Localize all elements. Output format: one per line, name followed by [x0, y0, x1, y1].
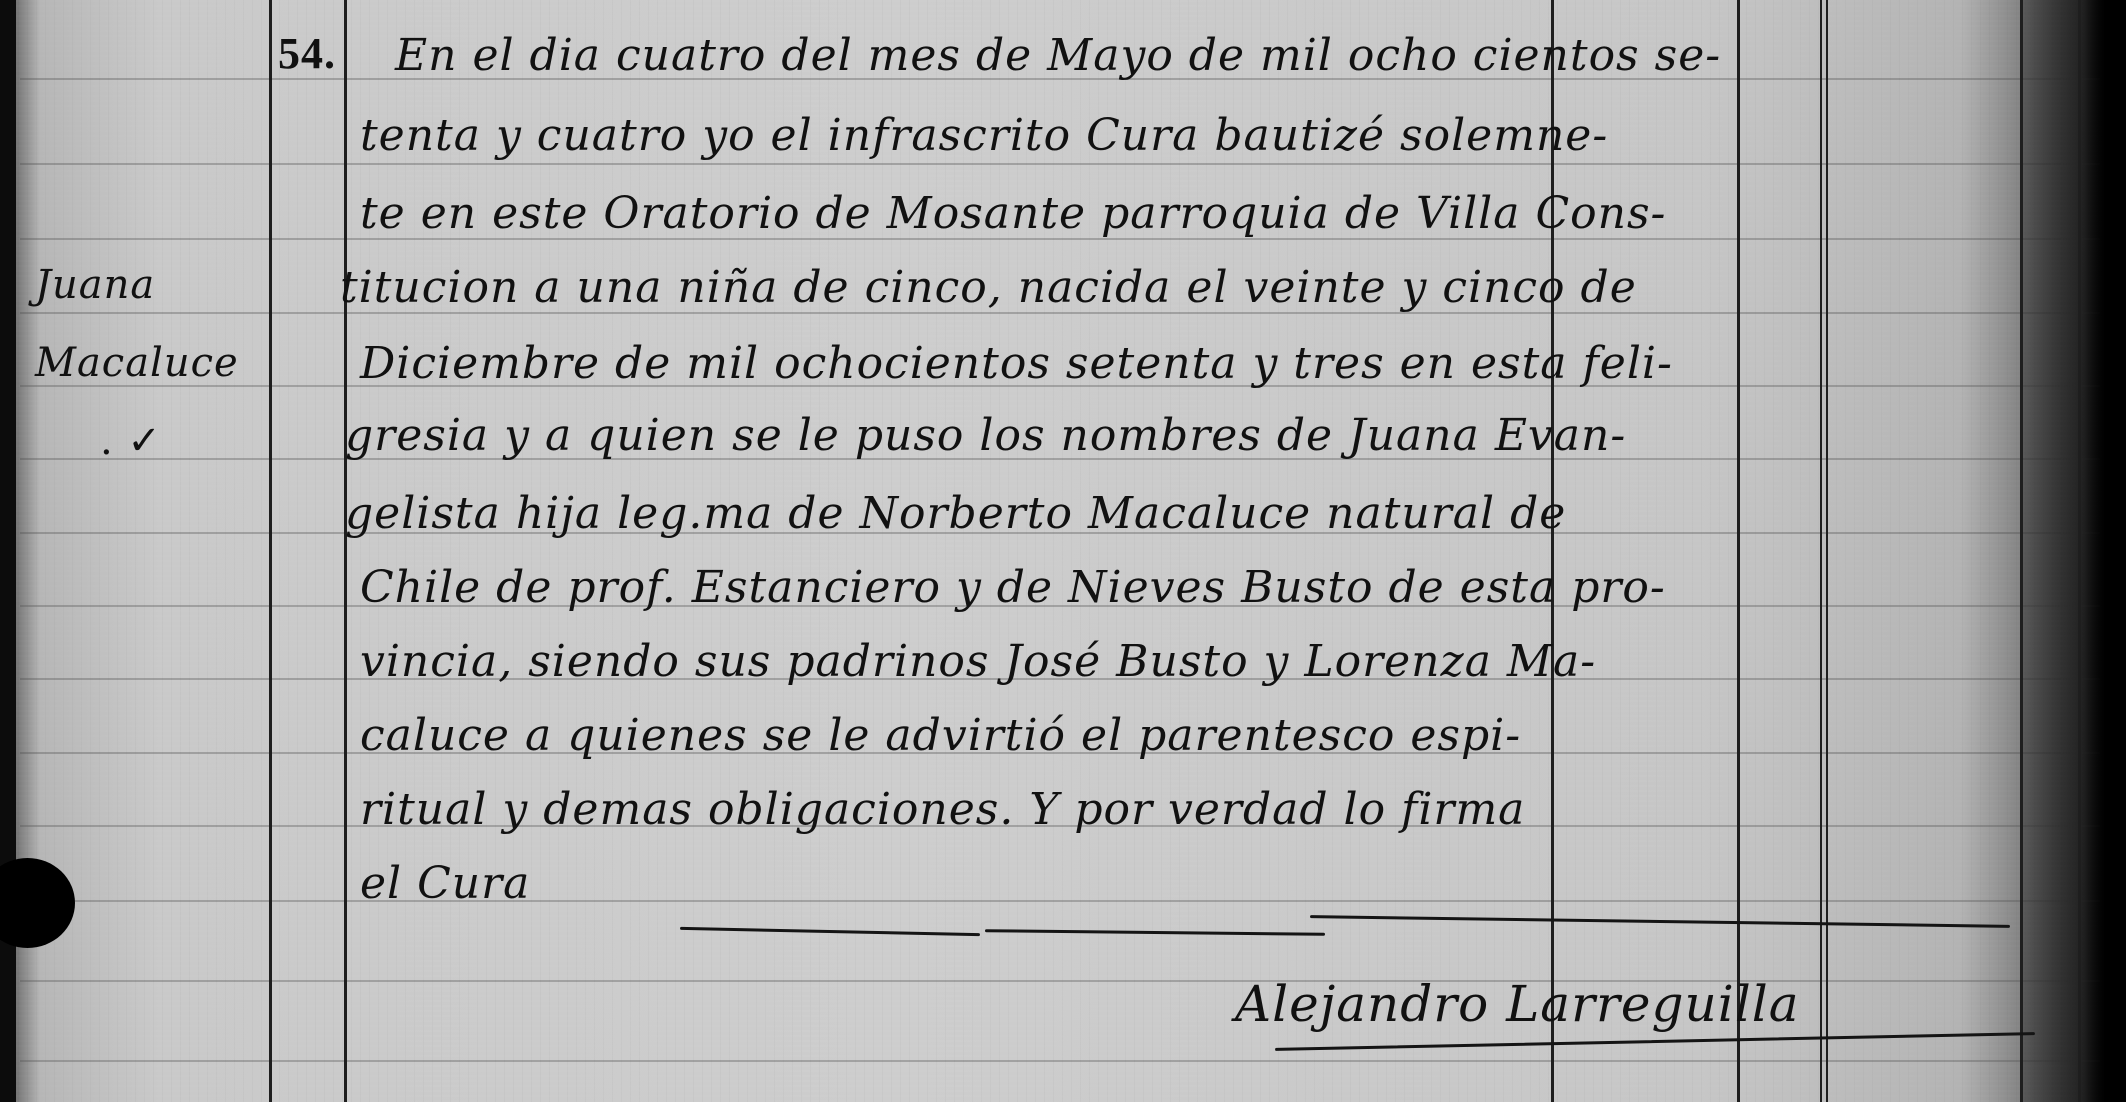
body-line-4: titucion a una niña de cinco, nacida el …	[340, 262, 1637, 313]
column-rule	[2078, 0, 2081, 1102]
body-line-6: gresia y a quien se le puso los nombres …	[345, 410, 1626, 461]
body-line-8: Chile de prof. Estanciero y de Nieves Bu…	[360, 562, 1666, 613]
paper-texture	[0, 0, 2126, 1102]
body-line-5: Diciembre de mil ochocientos setenta y t…	[360, 338, 1673, 389]
closing-flourish	[680, 927, 980, 936]
body-line-10: caluce a quienes se le advirtió el paren…	[360, 710, 1521, 761]
body-line-9: vincia, siendo sus padrinos José Busto y…	[360, 636, 1596, 687]
column-rule	[1551, 0, 1554, 1102]
margin-rule	[269, 0, 272, 1102]
margin-given-name: Juana	[35, 262, 155, 308]
check-mark-icon: . ✓	[100, 418, 162, 464]
signature-underline	[1275, 1032, 2035, 1051]
ruled-line	[20, 900, 2100, 902]
body-line-2: tenta y cuatro yo el infrascrito Cura ba…	[360, 110, 1608, 161]
column-rule	[1826, 0, 1828, 1102]
register-page: 54. Juana Macaluce . ✓ En el dia cuatro …	[0, 0, 2126, 1102]
closing-flourish	[1310, 915, 2010, 928]
ruled-line	[20, 163, 2100, 165]
body-line-12: el Cura	[360, 858, 530, 909]
binding-hole	[0, 858, 75, 948]
margin-surname: Macaluce	[35, 340, 239, 386]
priest-signature: Alejandro Larreguilla	[1235, 975, 1800, 1033]
column-rule	[2020, 0, 2023, 1102]
body-line-3: te en este Oratorio de Mosante parroquia…	[360, 188, 1666, 239]
binding-gutter	[2022, 0, 2126, 1102]
number-column-rule	[344, 0, 347, 1102]
ruled-line	[20, 1060, 2100, 1062]
entry-number: 54.	[278, 28, 336, 79]
column-rule	[1820, 0, 1822, 1102]
body-line-11: ritual y demas obligaciones. Y por verda…	[360, 784, 1525, 835]
column-rule	[1737, 0, 1740, 1102]
body-line-1: En el dia cuatro del mes de Mayo de mil …	[395, 30, 1721, 81]
closing-flourish	[985, 929, 1325, 936]
body-line-7: gelista hija leg.ma de Norberto Macaluce…	[345, 488, 1566, 539]
